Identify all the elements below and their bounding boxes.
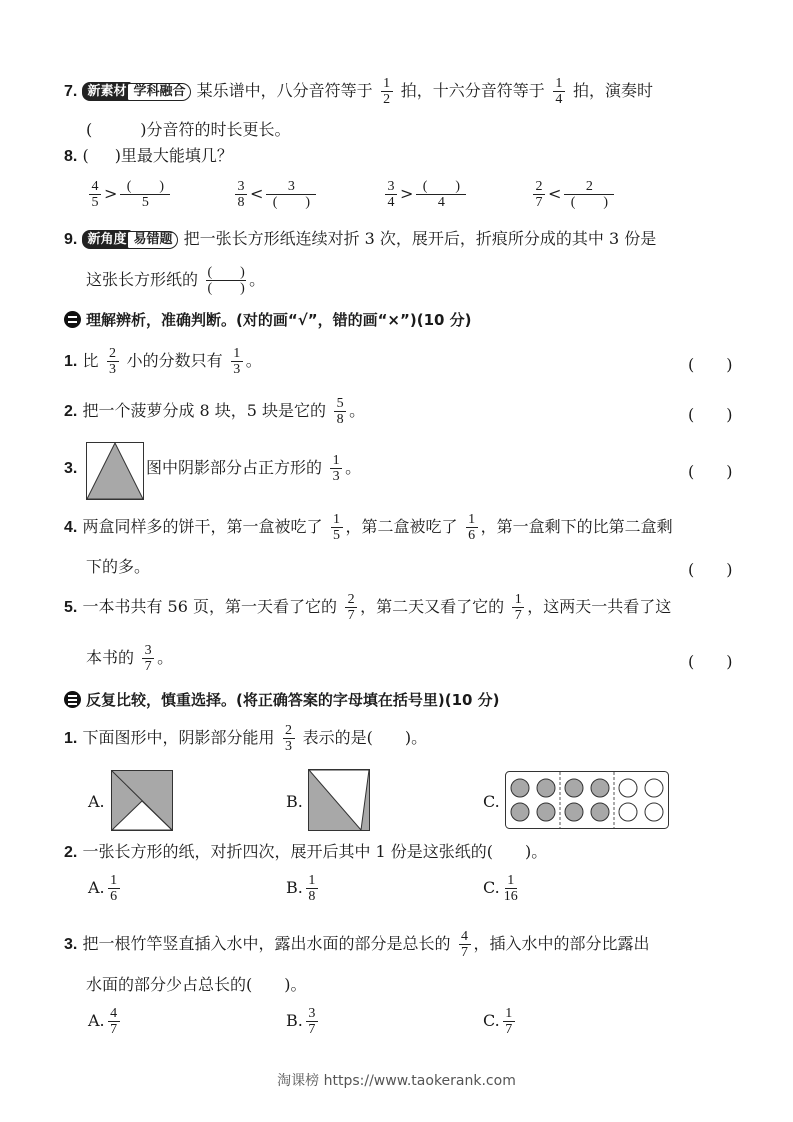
fraction: 13	[330, 453, 342, 484]
choice-3-option-a[interactable]: A.47	[88, 1003, 123, 1039]
option-a-figure[interactable]	[111, 770, 173, 831]
question-number: 7.	[64, 83, 77, 100]
answer-blank[interactable]: ( )	[688, 649, 733, 672]
punctuation: 。	[246, 351, 262, 370]
choice-3-option-b[interactable]: B.37	[286, 1003, 321, 1039]
question-text: ，第二盒被吃了	[346, 517, 458, 536]
fraction: 12	[381, 76, 393, 107]
option-label: A.	[88, 1011, 105, 1030]
question-7: 7. 新素材学科融合 某乐谱中，八分音符等于 12 拍，十六分音符等于 14 拍…	[64, 76, 653, 107]
question-text: 下面图形中，阴影部分能用	[82, 728, 274, 747]
question-text: 小的分数只有	[127, 351, 223, 370]
question-text: 比	[82, 351, 98, 370]
fraction-blank[interactable]: ( )( )	[206, 265, 246, 296]
fraction: 27	[533, 179, 545, 210]
answer-blank-open[interactable]: (	[86, 120, 92, 139]
question-text: )里最大能填几？	[115, 146, 233, 165]
option-label: B.	[286, 1011, 303, 1030]
question-text: 把一个菠萝分成 8 块，5 块是它的	[82, 401, 326, 420]
question-text: 把一张长方形纸连续对折 3 次，展开后，折痕所分成的其中 3 份是	[184, 229, 657, 248]
judge-item-2: 2. 把一个菠萝分成 8 块，5 块是它的 58。	[64, 393, 365, 430]
judge-item-3-text: 图中阴影部分占正方形的 13。	[146, 450, 361, 486]
question-text: 表示的是( )。	[303, 728, 428, 747]
badge-error-prone: 易错题	[128, 231, 178, 249]
answer-blank[interactable]: ( )	[688, 557, 733, 580]
judge-item-4-line2: 下的多。	[86, 557, 150, 577]
question-9: 9. 新角度易错题 把一张长方形纸连续对折 3 次，展开后，折痕所分成的其中 3…	[64, 229, 656, 250]
question-text: 下的多。	[86, 557, 150, 576]
fraction: 14	[553, 76, 565, 107]
badge-new-material: 新素材	[82, 82, 131, 101]
fraction-blank[interactable]: 3( )	[266, 179, 316, 210]
fraction: 16	[108, 873, 120, 904]
fraction-blank[interactable]: 2( )	[564, 179, 614, 210]
fraction: 18	[306, 873, 318, 904]
option-label: A.	[88, 878, 105, 897]
question-text: 一张长方形的纸，对折四次，展开后其中 1 份是这张纸的( )。	[82, 842, 547, 861]
judge-item-5: 5. 一本书共有 56 页，第一天看了它的 27，第二天又看了它的 17，这两天…	[64, 589, 671, 626]
question-number: 8.	[64, 148, 77, 165]
option-b-label[interactable]: B.	[286, 792, 303, 812]
fraction: 23	[283, 723, 295, 754]
q8-item-4: 27<2( )	[530, 176, 617, 212]
question-number: 1.	[64, 730, 77, 747]
choice-item-3: 3. 把一根竹竿竖直插入水中，露出水面的部分是总长的 47，插入水中的部分比露出	[64, 926, 650, 963]
fraction: 38	[235, 179, 247, 210]
question-number: 2.	[64, 844, 77, 861]
fraction: 37	[306, 1006, 318, 1037]
question-number: 3.	[64, 460, 77, 477]
option-label: C.	[483, 878, 500, 897]
option-b-figure[interactable]	[308, 769, 370, 831]
badge-new-angle: 新角度	[82, 230, 131, 249]
footer-watermark: 淘课榜 https://www.taokerank.com	[0, 1070, 793, 1090]
punctuation: 。	[345, 458, 361, 477]
fraction-blank[interactable]: ( )4	[416, 179, 466, 210]
question-number: 2.	[64, 403, 77, 420]
section-title: 反复比较，慎重选择。(将正确答案的字母填在括号里)(10 分)	[86, 691, 500, 709]
fraction: 17	[512, 592, 524, 623]
badge-subject-fusion: 学科融合	[128, 83, 191, 101]
comparison-operator: >	[400, 184, 413, 203]
judge-item-1: 1. 比 23 小的分数只有 13。	[64, 343, 262, 380]
answer-blank[interactable]: ( )	[688, 352, 733, 375]
section-2-heading: 理解辨析，准确判断。(对的画“√”，错的画“×”)(10 分)	[64, 310, 472, 330]
judge-item-5-line2: 本书的 37。	[86, 640, 173, 676]
section-3-heading: 反复比较，慎重选择。(将正确答案的字母填在括号里)(10 分)	[64, 690, 500, 710]
choice-2-option-c[interactable]: C.116	[483, 870, 522, 906]
choice-2-option-a[interactable]: A.16	[88, 870, 123, 906]
option-label: B.	[286, 878, 303, 897]
question-number: 4.	[64, 519, 77, 536]
question-text: 拍，演奏时	[573, 81, 653, 100]
triangle-in-square-figure	[86, 442, 144, 500]
question-text: 某乐谱中，八分音符等于	[197, 81, 373, 100]
question-8: 8. ()里最大能填几？	[64, 146, 233, 167]
fraction: 27	[345, 592, 357, 623]
fraction: 116	[503, 873, 519, 904]
question-text: 图中阴影部分占正方形的	[146, 458, 322, 477]
question-text: ，第二天又看了它的	[360, 597, 504, 616]
question-number: 3.	[64, 936, 77, 953]
choice-item-2: 2. 一张长方形的纸，对折四次，展开后其中 1 份是这张纸的( )。	[64, 842, 547, 863]
question-text: 本书的	[86, 648, 134, 667]
option-c-label[interactable]: C.	[483, 792, 500, 812]
fraction: 17	[503, 1006, 515, 1037]
comparison-operator: <	[250, 184, 263, 203]
question-text: 水面的部分少占总长的( )。	[86, 975, 307, 994]
punctuation: 。	[349, 401, 365, 420]
answer-blank-open[interactable]: (	[82, 146, 88, 165]
question-text: 这张长方形纸的	[86, 270, 198, 289]
fraction: 47	[459, 929, 471, 960]
punctuation: 。	[249, 270, 265, 289]
fraction-blank[interactable]: ( )5	[120, 179, 170, 210]
question-text: ，第一盒剩下的比第二盒剩	[481, 517, 673, 536]
fraction: 45	[89, 179, 101, 210]
q8-item-3: 34>( )4	[382, 176, 469, 212]
question-text: ，这两天一共看了这	[527, 597, 671, 616]
question-text: 把一根竹竿竖直插入水中，露出水面的部分是总长的	[82, 934, 450, 953]
question-7-line2: ()分音符的时长更长。	[86, 120, 291, 140]
question-number: 5.	[64, 599, 77, 616]
fraction: 37	[142, 643, 154, 674]
judge-item-3: 3.	[64, 450, 77, 487]
answer-blank[interactable]: ( )	[688, 459, 733, 482]
fraction: 47	[108, 1006, 120, 1037]
punctuation: 。	[157, 648, 173, 667]
question-text: )分音符的时长更长。	[140, 120, 290, 139]
question-number: 1.	[64, 353, 77, 370]
option-label: C.	[483, 1011, 500, 1030]
q8-item-2: 38<3( )	[232, 176, 319, 212]
section-number-3-icon	[64, 691, 81, 708]
choice-item-1: 1. 下面图形中，阴影部分能用 23 表示的是( )。	[64, 720, 427, 757]
question-number: 9.	[64, 231, 77, 248]
comparison-operator: >	[104, 184, 117, 203]
section-number-2-icon	[64, 311, 81, 328]
section-title: 理解辨析，准确判断。(对的画“√”，错的画“×”)(10 分)	[86, 311, 472, 329]
question-9-line2: 这张长方形纸的 ( )( )。	[86, 262, 265, 298]
choice-3-option-c[interactable]: C.17	[483, 1003, 518, 1039]
fraction: 15	[331, 512, 343, 543]
comparison-operator: <	[548, 184, 561, 203]
option-c-figure[interactable]	[505, 771, 669, 829]
fraction: 16	[466, 512, 478, 543]
answer-blank[interactable]: ( )	[688, 402, 733, 425]
fraction: 58	[334, 396, 346, 427]
question-text: ，插入水中的部分比露出	[474, 934, 650, 953]
q8-item-1: 45>( )5	[86, 176, 173, 212]
question-text: 拍，十六分音符等于	[401, 81, 545, 100]
fraction: 34	[385, 179, 397, 210]
question-text: 一本书共有 56 页，第一天看了它的	[82, 597, 337, 616]
judge-item-4: 4. 两盒同样多的饼干，第一盒被吃了 15，第二盒被吃了 16，第一盒剩下的比第…	[64, 509, 673, 546]
option-a-label[interactable]: A.	[88, 792, 105, 812]
fraction: 23	[107, 346, 119, 377]
question-text: 两盒同样多的饼干，第一盒被吃了	[82, 517, 322, 536]
choice-item-3-line2: 水面的部分少占总长的( )。	[86, 975, 307, 995]
fraction: 13	[231, 346, 243, 377]
choice-2-option-b[interactable]: B.18	[286, 870, 321, 906]
